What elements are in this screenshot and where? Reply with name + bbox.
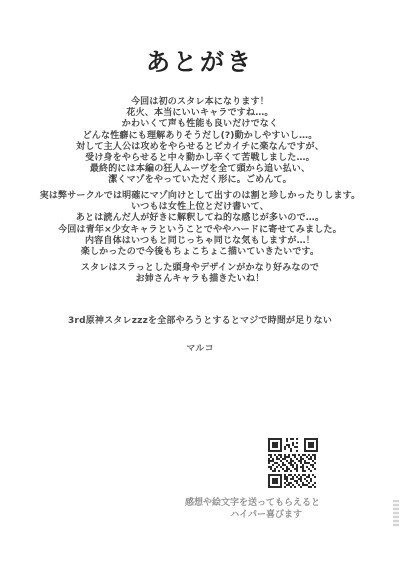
text-line: ハイパー喜びます — [185, 509, 320, 521]
text-line: 感想や絵文字を送ってもらえると — [185, 497, 320, 509]
text-line: スタレはスラっとした頭身やデザインがかなり好みなので — [0, 263, 400, 274]
text-line: 花火、本当にいいキャラですね…。 — [0, 108, 400, 119]
text-line: 実は弊サークルでは明確にマゾ向けとして出すのは割と珍しかったりします。 — [0, 191, 400, 202]
qr-caption: 感想や絵文字を送ってもらえると ハイパー喜びます — [185, 497, 320, 521]
paragraph-2: 実は弊サークルでは明確にマゾ向けとして出すのは割と珍しかったりします。 いつもは… — [0, 191, 400, 258]
text-line: どんな性癖にも理解ありそうだし(?)動かしやすいし…。 — [0, 131, 400, 142]
text-line: あとは読んだ人が好きに解釈してね的な感じが多いので…。 — [0, 213, 400, 224]
qr-code-icon — [268, 438, 318, 488]
text-line: いつもは女性上位とだけ書いて、 — [0, 202, 400, 213]
text-line: 今回は青年×少女キャラということでややハードに寄せてみました。 — [0, 225, 400, 236]
text-line: かわいくて声も性能も良いだけでなく — [0, 119, 400, 130]
text-line: お姉さんキャラも描きたいね！ — [0, 274, 400, 285]
text-line: 内容自体はいつもと同じっちゃ同じな気もしますが…！ — [0, 236, 400, 247]
page-edge-print-marker — [393, 500, 399, 527]
paragraph-1: 今回は初のスタレ本になります！ 花火、本当にいいキャラですね…。 かわいくて声も… — [0, 97, 400, 187]
afterword-page: あとがき 今回は初のスタレ本になります！ 花火、本当にいいキャラですね…。 かわ… — [0, 0, 400, 565]
text-line: 最終的には本編の狂人ムーヴを全て頭から追い払い、 — [0, 164, 400, 175]
text-line: 潔くマゾをやっていただく形に。ごめんて。 — [0, 175, 400, 186]
text-line: 楽しかったので今後もちょこちょこ描いていきたいです。 — [0, 247, 400, 258]
text-line: 対して主人公は攻めをやらせるとピカイチに楽なんですが、 — [0, 142, 400, 153]
text-line: 受け身をやらせると中々動かし辛くて苦戦しました…。 — [0, 153, 400, 164]
author-signature: マルコ — [0, 344, 400, 355]
paragraph-3: スタレはスラっとした頭身やデザインがかなり好みなので お姉さんキャラも描きたいね… — [0, 263, 400, 285]
page-title: あとがき — [0, 42, 400, 77]
author-note: 3rd原神スタレzzzを全部やろうとするとマジで時間が足りない — [0, 316, 400, 327]
text-line: 今回は初のスタレ本になります！ — [0, 97, 400, 108]
